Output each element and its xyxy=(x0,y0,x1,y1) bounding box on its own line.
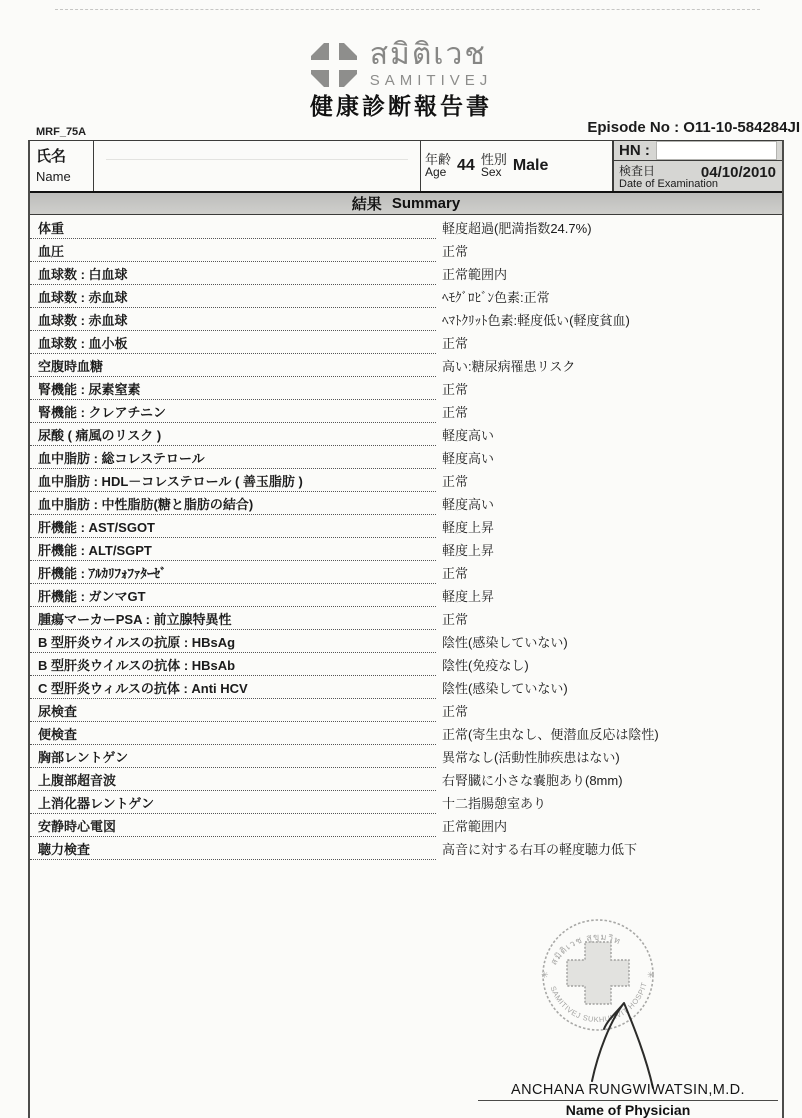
test-name: 上腹部超音波 xyxy=(30,768,436,791)
result-row: 聴力検査 高音に対する右耳の軽度聴力低下 xyxy=(30,837,782,860)
result-row: 腫瘍マーカーPSA : 前立腺特異性 正常 xyxy=(30,607,782,630)
result-row: C 型肝炎ウィルスの抗体 : Anti HCV 陰性(感染していない) xyxy=(30,676,782,699)
svg-text:✳: ✳ xyxy=(541,970,549,980)
name-label-cell: 氏名 Name xyxy=(30,141,94,191)
hospital-logo: สมิติเวช SAMITIVEJ xyxy=(0,40,802,89)
test-name: 肝機能 : ｱﾙｶﾘﾌｫﾌｧﾀｰｾﾞ xyxy=(30,561,436,584)
result-row: 血中脂肪 : 中性脂肪(糖と脂肪の結合) 軽度高い xyxy=(30,492,782,515)
test-result: 正常範囲内 xyxy=(436,814,782,837)
episode-label: Episode No : xyxy=(587,119,679,136)
test-result: 右腎臓に小さな嚢胞あり(8mm) xyxy=(436,768,782,791)
test-result: 軽度上昇 xyxy=(436,515,782,538)
test-result: 正常 xyxy=(436,377,782,400)
result-row: 血球数 : 血小板 正常 xyxy=(30,331,782,354)
sex-label: 性別 Sex xyxy=(481,153,507,179)
test-name: 肝機能 : ガンマGT xyxy=(30,584,436,607)
test-name: 血球数 : 赤血球 xyxy=(30,308,436,331)
patient-info-row: 氏名 Name 年齢 Age 44 性別 Sex Male xyxy=(30,141,782,191)
exam-date-value: 04/10/2010 xyxy=(701,164,776,181)
age-value: 44 xyxy=(457,157,475,175)
test-result: 正常 xyxy=(436,400,782,423)
result-row: 腎機能 : クレアチニン 正常 xyxy=(30,400,782,423)
exam-date-cell: 検査日 Date of Examination 04/10/2010 xyxy=(614,160,782,191)
test-name: 上消化器レントゲン xyxy=(30,791,436,814)
result-row: 肝機能 : ｱﾙｶﾘﾌｫﾌｧﾀｰｾﾞ 正常 xyxy=(30,561,782,584)
test-name: C 型肝炎ウィルスの抗体 : Anti HCV xyxy=(30,676,436,699)
test-result: 軽度高い xyxy=(436,446,782,469)
name-label-ja: 氏名 xyxy=(36,145,87,166)
physician-name: ANCHANA RUNGWIWATSIN,M.D. xyxy=(478,1082,778,1098)
test-result: 正常 xyxy=(436,239,782,262)
test-name: 尿検査 xyxy=(30,699,436,722)
result-row: 肝機能 : ALT/SGPT 軽度上昇 xyxy=(30,538,782,561)
result-row: 血球数 : 赤血球 ﾍﾏﾄｸﾘｯﾄ色素:軽度低い(軽度貧血) xyxy=(30,308,782,331)
test-result: 正常 xyxy=(436,561,782,584)
result-row: 尿検査 正常 xyxy=(30,699,782,722)
test-result: 高音に対する右耳の軽度聴力低下 xyxy=(436,837,782,860)
result-row: 血中脂肪 : 総コレステロール 軽度高い xyxy=(30,446,782,469)
test-name: 肝機能 : AST/SGOT xyxy=(30,515,436,538)
test-result: 正常 xyxy=(436,607,782,630)
result-row: 血圧 正常 xyxy=(30,239,782,262)
result-row: 血中脂肪 : HDL－コレステロール ( 善玉脂肪 ) 正常 xyxy=(30,469,782,492)
summary-header-ja: 結果 xyxy=(352,193,382,214)
test-name: 腎機能 : クレアチニン xyxy=(30,400,436,423)
physician-block: ANCHANA RUNGWIWATSIN,M.D. Name of Physic… xyxy=(478,1082,778,1118)
test-result: 軽度上昇 xyxy=(436,584,782,607)
summary-rows: 体重 軽度超過(肥満指数24.7%) 血圧 正常 血球数 : 白血球 正常範囲内… xyxy=(30,215,782,860)
test-result: 高い:糖尿病罹患リスク xyxy=(436,354,782,377)
age-label: 年齢 Age xyxy=(425,153,451,179)
hn-cell: HN : 検査日 Date of Examination 04/10/2010 xyxy=(612,141,782,191)
report-title: 健康診断報告書 xyxy=(0,88,802,121)
test-result: 十二指腸憩室あり xyxy=(436,791,782,814)
hn-label: HN : xyxy=(619,142,650,159)
logo-latin-text: SAMITIVEJ xyxy=(370,72,493,89)
result-row: 上腹部超音波 右腎臓に小さな嚢胞あり(8mm) xyxy=(30,768,782,791)
result-row: 血球数 : 白血球 正常範囲内 xyxy=(30,262,782,285)
test-result: 正常 xyxy=(436,469,782,492)
test-name: 血中脂肪 : HDL－コレステロール ( 善玉脂肪 ) xyxy=(30,469,436,492)
test-result: 正常 xyxy=(436,699,782,722)
svg-text:✳: ✳ xyxy=(647,970,655,980)
test-name: B 型肝炎ウイルスの抗体 : HBsAb xyxy=(30,653,436,676)
test-result: ﾍﾏﾄｸﾘｯﾄ色素:軽度低い(軽度貧血) xyxy=(436,308,782,331)
test-name: 聴力検査 xyxy=(30,837,436,860)
test-result: 軽度高い xyxy=(436,492,782,515)
test-name: B 型肝炎ウイルスの抗原 : HBsAg xyxy=(30,630,436,653)
test-name: 安静時心電図 xyxy=(30,814,436,837)
result-row: 便検査 正常(寄生虫なし、便潜血反応は陰性) xyxy=(30,722,782,745)
test-name: 肝機能 : ALT/SGPT xyxy=(30,538,436,561)
episode-number: Episode No : O11-10-584284JI xyxy=(587,119,800,136)
summary-header-en: Summary xyxy=(392,195,460,212)
result-row: 胸部レントゲン 異常なし(活動性肺疾患はない) xyxy=(30,745,782,768)
samitivej-cross-icon xyxy=(310,42,358,88)
test-result: 陰性(免疫なし) xyxy=(436,653,782,676)
logo-thai-text: สมิติเวช xyxy=(370,40,487,70)
sex-value: Male xyxy=(513,157,549,175)
test-result: 軽度上昇 xyxy=(436,538,782,561)
age-sex-cell: 年齢 Age 44 性別 Sex Male xyxy=(420,141,612,191)
test-name: 血球数 : 白血球 xyxy=(30,262,436,285)
test-result: 正常 xyxy=(436,331,782,354)
result-row: 空腹時血糖 高い:糖尿病罹患リスク xyxy=(30,354,782,377)
test-name: 血中脂肪 : 中性脂肪(糖と脂肪の結合) xyxy=(30,492,436,515)
result-row: 肝機能 : ガンマGT 軽度上昇 xyxy=(30,584,782,607)
test-result: 陰性(感染していない) xyxy=(436,630,782,653)
hn-value-box xyxy=(656,141,777,160)
test-name: 胸部レントゲン xyxy=(30,745,436,768)
test-name: 腎機能 : 尿素窒素 xyxy=(30,377,436,400)
result-row: 腎機能 : 尿素窒素 正常 xyxy=(30,377,782,400)
name-value-cell xyxy=(94,141,420,191)
test-result: ﾍﾓｸﾞﾛﾋﾞﾝ色素:正常 xyxy=(436,285,782,308)
test-result: 正常範囲内 xyxy=(436,262,782,285)
test-name: 血中脂肪 : 総コレステロール xyxy=(30,446,436,469)
form-code: MRF_75A xyxy=(36,126,86,138)
result-row: B 型肝炎ウイルスの抗体 : HBsAb 陰性(免疫なし) xyxy=(30,653,782,676)
test-name: 尿酸 ( 痛風のリスク ) xyxy=(30,423,436,446)
result-row: 肝機能 : AST/SGOT 軽度上昇 xyxy=(30,515,782,538)
result-row: B 型肝炎ウイルスの抗原 : HBsAg 陰性(感染していない) xyxy=(30,630,782,653)
summary-header-bar: 結果 Summary xyxy=(30,191,782,215)
result-row: 尿酸 ( 痛風のリスク ) 軽度高い xyxy=(30,423,782,446)
test-name: 血球数 : 血小板 xyxy=(30,331,436,354)
test-name: 便検査 xyxy=(30,722,436,745)
test-result: 軽度高い xyxy=(436,423,782,446)
test-result: 陰性(感染していない) xyxy=(436,676,782,699)
result-row: 体重 軽度超過(肥満指数24.7%) xyxy=(30,216,782,239)
signature-line xyxy=(478,1100,778,1101)
test-result: 軽度超過(肥満指数24.7%) xyxy=(436,216,782,239)
test-name: 腫瘍マーカーPSA : 前立腺特異性 xyxy=(30,607,436,630)
result-row: 上消化器レントゲン 十二指腸憩室あり xyxy=(30,791,782,814)
test-result: 正常(寄生虫なし、便潜血反応は陰性) xyxy=(436,722,782,745)
physician-signature xyxy=(556,993,676,1093)
episode-value: O11-10-584284JI xyxy=(683,119,800,136)
scan-artifact-line xyxy=(55,9,760,10)
test-name: 血圧 xyxy=(30,239,436,262)
test-result: 異常なし(活動性肺疾患はない) xyxy=(436,745,782,768)
result-row: 血球数 : 赤血球 ﾍﾓｸﾞﾛﾋﾞﾝ色素:正常 xyxy=(30,285,782,308)
redacted-name-line xyxy=(106,159,408,160)
test-name: 血球数 : 赤血球 xyxy=(30,285,436,308)
result-row: 安静時心電図 正常範囲内 xyxy=(30,814,782,837)
report-frame: 氏名 Name 年齢 Age 44 性別 Sex Male xyxy=(28,140,784,1118)
scanned-report-page: สมิติเวช SAMITIVEJ 健康診断報告書 MRF_75A Episo… xyxy=(0,0,802,1118)
test-name: 空腹時血糖 xyxy=(30,354,436,377)
test-name: 体重 xyxy=(30,216,436,239)
name-label-en: Name xyxy=(36,169,87,184)
physician-label: Name of Physician xyxy=(478,1102,778,1118)
